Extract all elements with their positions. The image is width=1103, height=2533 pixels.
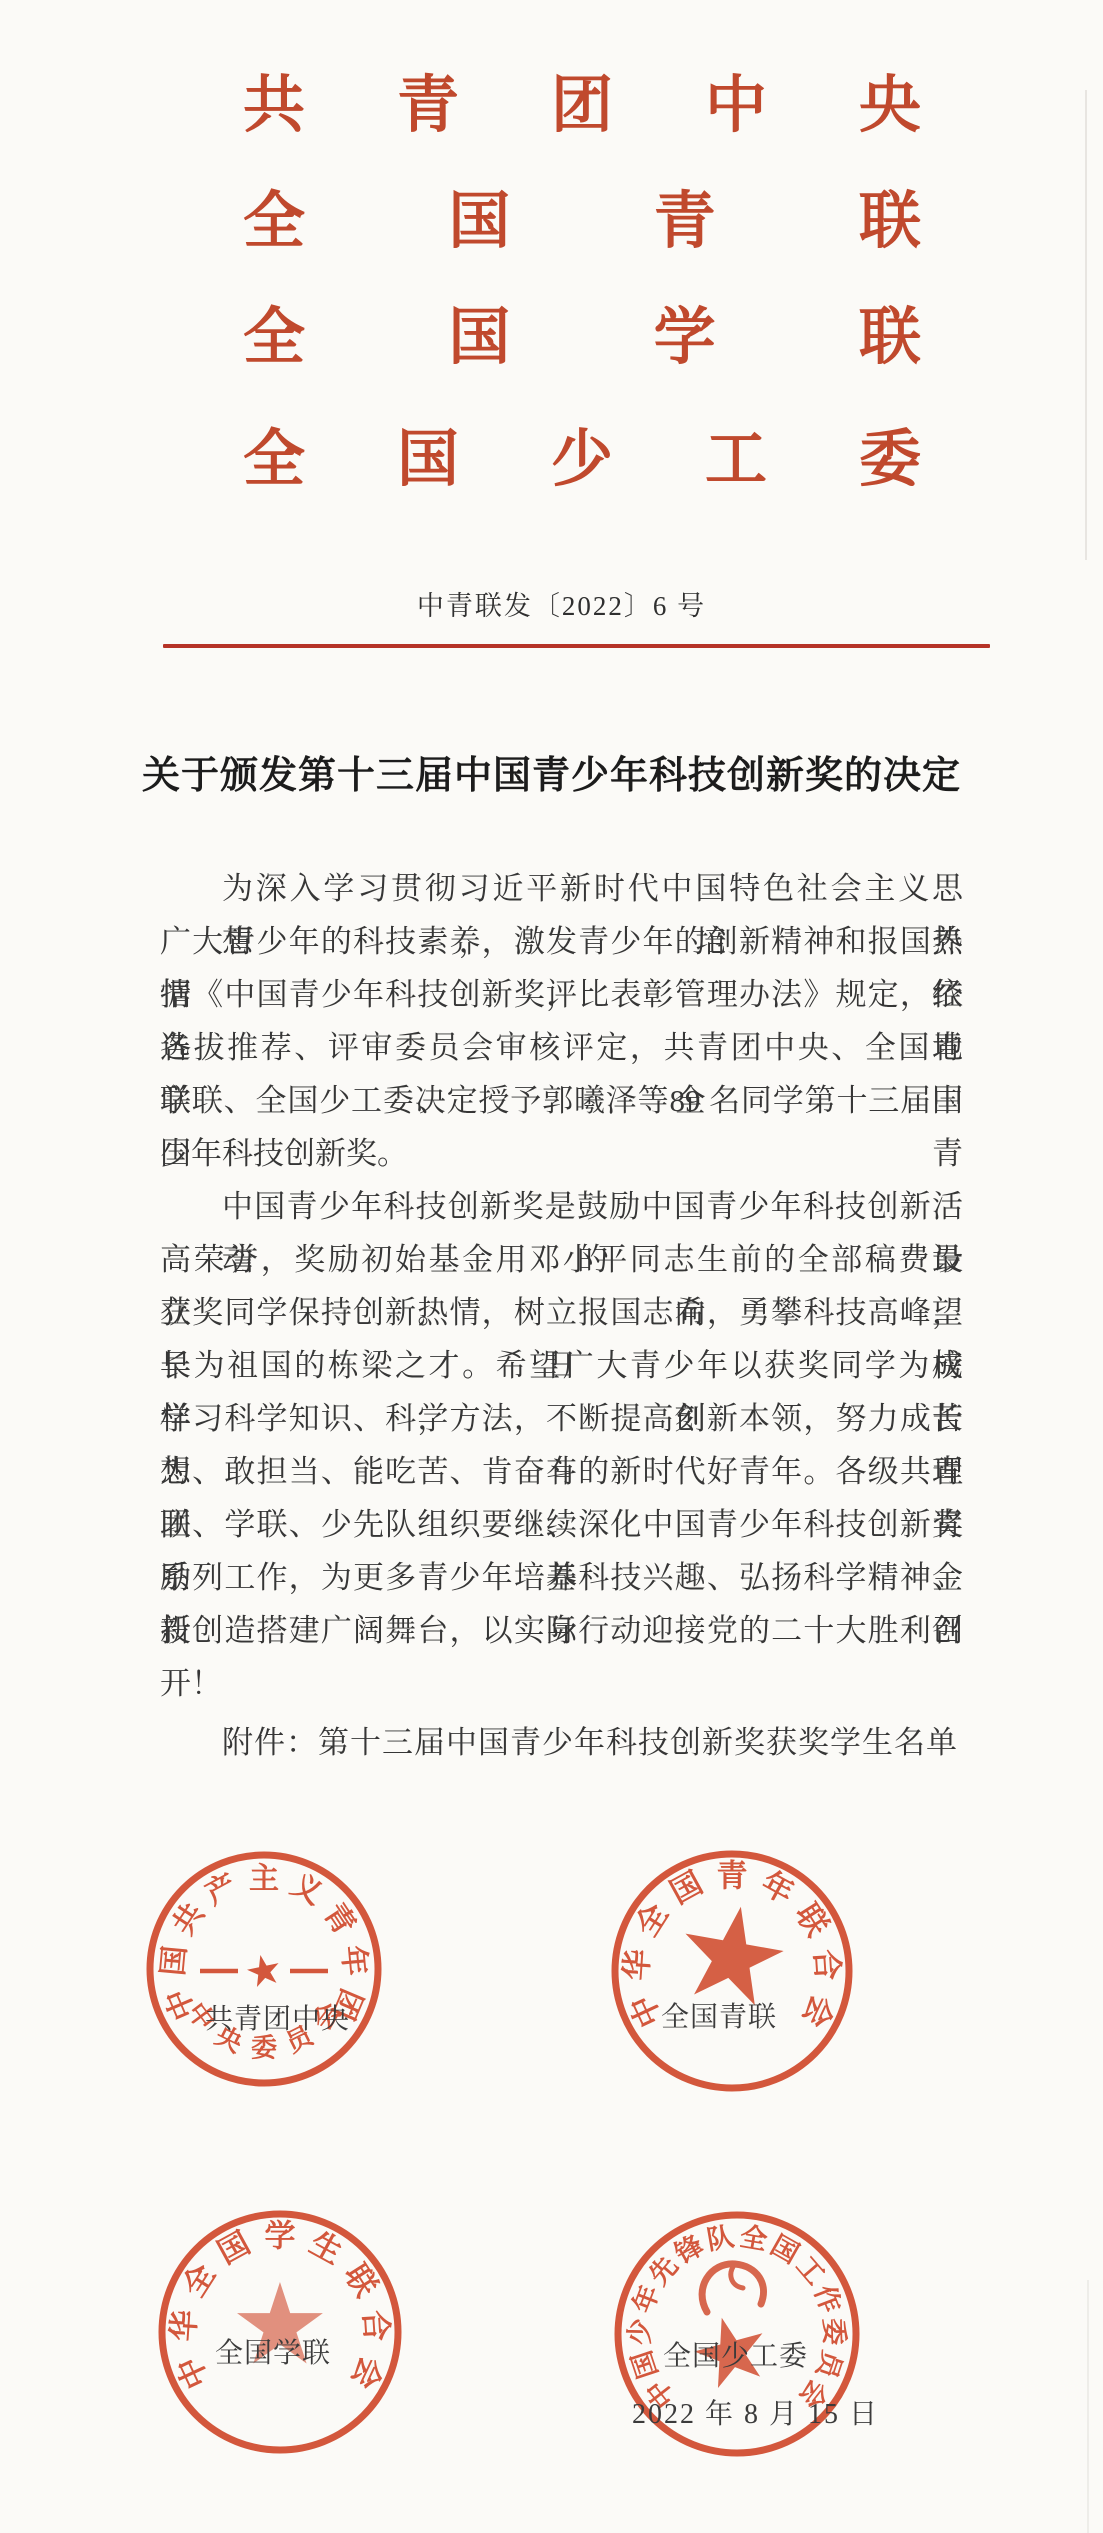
letterhead-line: 全国青联 — [243, 190, 921, 254]
seal-all-china-students-federation-label: 全国学联 — [215, 2331, 331, 2371]
seal-arc-char: 少 — [625, 2318, 656, 2346]
letterhead-char: 少 — [551, 428, 613, 492]
letterhead-char: 全 — [243, 428, 305, 492]
seal-arc-char: 主 — [249, 1863, 279, 1896]
seal-young-pioneers-national-work-committee-label: 全国少工委 — [663, 2334, 808, 2374]
body-text-line: 系列工作，为更多青少年培养科技兴趣、弘扬科学精神、投身创 — [160, 1551, 963, 1604]
body-text-line: 中国青少年科技创新奖是鼓励中国青少年科技创新活动的最 — [160, 1180, 963, 1233]
letterhead-char: 青 — [654, 190, 716, 254]
seal-all-china-youth-federation: 中华全国青年联合会★ — [597, 1836, 867, 2106]
letterhead-char: 国 — [448, 190, 510, 254]
body-text-line: 联、学联、少先队组织要继续深化中国青少年科技创新奖励基金 — [160, 1498, 963, 1551]
letterhead-char: 团 — [551, 74, 613, 138]
seal-arc-char: 合 — [808, 1948, 845, 1981]
date-line: 2022 年 8 月 15 日 — [632, 2392, 879, 2432]
seal-arc-char: 全 — [738, 2220, 770, 2255]
letterhead-char: 联 — [859, 190, 921, 254]
body-text-line: 想、敢担当、能吃苦、肯奋斗的新时代好青年。各级共青团、青 — [160, 1445, 963, 1498]
body-text: 为深入学习贯彻习近平新时代中国特色社会主义思想，培养广大青少年的科技素养，激发青… — [160, 862, 963, 1657]
seal-communist-youth-league-central-committee: 中国共产主义青年团中央委员会★ — [132, 1837, 396, 2101]
body-text-line: 选拔推荐、评审委员会审核评定，共青团中央、全国青联、全国 — [160, 1021, 963, 1074]
letterhead-char: 全 — [243, 190, 305, 254]
scan-edge-artifact — [1087, 2280, 1089, 2533]
seal-arc-char: 合 — [357, 2309, 394, 2342]
seal-arc-char: 国 — [626, 2347, 663, 2382]
letterhead-char: 国 — [448, 306, 510, 370]
body-text-line: 学习科学知识、科学方法，不断提高创新本领，努力成长为有理 — [160, 1392, 963, 1445]
letterhead-char: 工 — [705, 428, 767, 492]
body-text-line: 据《中国青少年科技创新奖评比表彰管理办法》规定，经各地 — [160, 968, 963, 1021]
seal-arc-char: 国 — [157, 1944, 193, 1977]
letterhead-line: 全国学联 — [243, 306, 921, 370]
scan-edge-artifact — [1085, 90, 1087, 560]
body-text-line: 为深入学习贯彻习近平新时代中国特色社会主义思想，培养 — [160, 862, 963, 915]
seal-arc-char: 学 — [265, 2219, 296, 2254]
seal-arc-char: 队 — [705, 2221, 737, 2255]
seal-arc-char: 作 — [809, 2281, 847, 2317]
seal-arc-char: 委 — [251, 2034, 277, 2063]
page-title: 关于颁发第十三届中国青少年科技创新奖的决定 — [60, 744, 1043, 799]
letterhead-line: 共青团中央 — [243, 74, 921, 138]
seal-arc-char: 华 — [619, 1948, 656, 1981]
letterhead-char: 全 — [243, 306, 305, 370]
letterhead-line: 全国少工委 — [243, 428, 921, 492]
seal-arc-char: 义 — [286, 1868, 328, 1911]
body-text-line: 获奖同学保持创新热情，树立报国志向，勇攀科技高峰，早日成 — [160, 1286, 963, 1339]
letterhead-char: 中 — [705, 74, 767, 138]
doc-number: 中青联发〔2022〕6 号 — [160, 584, 963, 623]
body-text-line: 新创造搭建广阔舞台，以实际行动迎接党的二十大胜利召开！ — [160, 1604, 963, 1657]
seal-all-china-youth-federation-label: 全国青联 — [661, 1995, 777, 2035]
red-divider-rule — [163, 644, 990, 648]
body-text-line: 长为祖国的栋梁之才。希望广大青少年以获奖同学为榜样，刻苦 — [160, 1339, 963, 1392]
seal-communist-youth-league-central-committee-label: 共青团中央 — [205, 1997, 350, 2037]
document-page: 共青团中央全国青联全国学联全国少工委 中青联发〔2022〕6 号 关于颁发第十三… — [0, 0, 1103, 2533]
letterhead-char: 委 — [859, 428, 921, 492]
letterhead-char: 央 — [859, 74, 921, 138]
letterhead-char: 青 — [397, 74, 459, 138]
seal-arc-char: 委 — [819, 2318, 850, 2346]
seal-arc-char: 华 — [166, 2309, 203, 2342]
letterhead-char: 联 — [859, 306, 921, 370]
letterhead-char: 共 — [243, 74, 305, 138]
body-text-line: 高荣誉，奖励初始基金用邓小平同志生前的全部稿费设立。希望 — [160, 1233, 963, 1286]
letterhead-char: 学 — [654, 306, 716, 370]
attachment-line: 附件：第十三届中国青少年科技创新奖获奖学生名单 — [222, 1716, 958, 1769]
seal-arc-char: 年 — [336, 1944, 373, 1977]
body-text-line: 广大青少年的科技素养，激发青少年的创新精神和报国热情，依 — [160, 915, 963, 968]
body-text-line: 学联、全国少工委决定授予郭曦泽等89 名同学第十三届中国青 — [160, 1074, 963, 1127]
letterhead-char: 国 — [397, 428, 459, 492]
seal-star-icon: ★ — [241, 1946, 287, 1999]
